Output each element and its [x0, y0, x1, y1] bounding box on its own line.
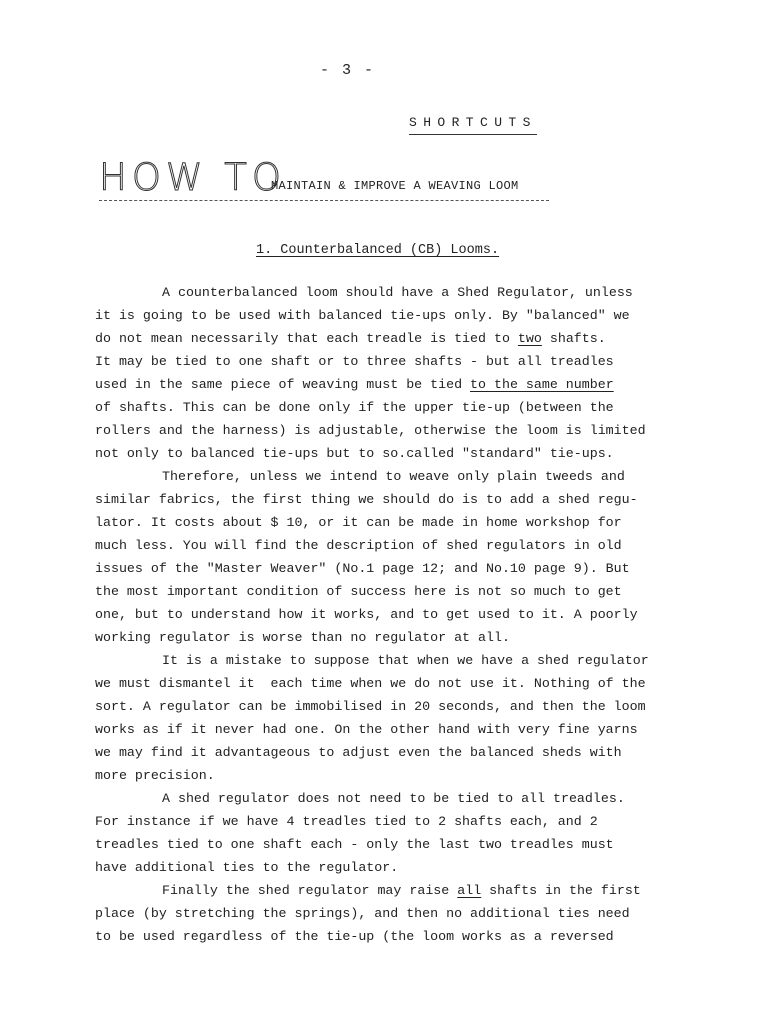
text-line: much less. You will find the description… [95, 534, 695, 557]
text-segment: A counterbalanced loom should have a She… [162, 285, 633, 300]
text-segment: the most important condition of success … [95, 584, 622, 599]
text-line: we must dismantel it each time when we d… [95, 672, 695, 695]
title-how-to: HOW TO [99, 158, 286, 198]
text-segment: to be used regardless of the tie-up (the… [95, 929, 614, 944]
text-segment: issues of the "Master Weaver" (No.1 page… [95, 561, 630, 576]
text-line: more precision. [95, 764, 695, 787]
text-segment: not only to balanced tie-ups but to so.c… [95, 446, 614, 461]
text-segment: of shafts. This can be done only if the … [95, 400, 614, 415]
text-segment: shafts. [542, 331, 606, 346]
text-line: lator. It costs about $ 10, or it can be… [95, 511, 695, 534]
page-number: - 3 - [320, 62, 375, 79]
text-segment: have additional ties to the regulator. [95, 860, 398, 875]
text-segment: lator. It costs about $ 10, or it can be… [95, 515, 622, 530]
text-line: It may be tied to one shaft or to three … [95, 350, 695, 373]
title-subtitle: MAINTAIN & IMPROVE A WEAVING LOOM [271, 179, 519, 193]
text-segment: It may be tied to one shaft or to three … [95, 354, 614, 369]
text-segment: treadles tied to one shaft each - only t… [95, 837, 614, 852]
text-segment: rollers and the harness) is adjustable, … [95, 423, 646, 438]
text-line: It is a mistake to suppose that when we … [95, 649, 695, 672]
underlined-text: two [518, 331, 542, 346]
text-line: works as if it never had one. On the oth… [95, 718, 695, 741]
text-line: to be used regardless of the tie-up (the… [95, 925, 695, 948]
text-line: treadles tied to one shaft each - only t… [95, 833, 695, 856]
text-line: working regulator is worse than no regul… [95, 626, 695, 649]
text-line: rollers and the harness) is adjustable, … [95, 419, 695, 442]
text-line: not only to balanced tie-ups but to so.c… [95, 442, 695, 465]
text-segment: sort. A regulator can be immobilised in … [95, 699, 646, 714]
text-line: place (by stretching the springs), and t… [95, 902, 695, 925]
text-segment: shafts in the first [481, 883, 641, 898]
text-line: A shed regulator does not need to be tie… [95, 787, 695, 810]
text-segment: similar fabrics, the first thing we shou… [95, 492, 638, 507]
text-segment: working regulator is worse than no regul… [95, 630, 510, 645]
text-segment: Therefore, unless we intend to weave onl… [162, 469, 625, 484]
text-line: we may find it advantageous to adjust ev… [95, 741, 695, 764]
text-line: Therefore, unless we intend to weave onl… [95, 465, 695, 488]
text-line: sort. A regulator can be immobilised in … [95, 695, 695, 718]
text-segment: we may find it advantageous to adjust ev… [95, 745, 622, 760]
text-segment: one, but to understand how it works, and… [95, 607, 638, 622]
text-line: similar fabrics, the first thing we shou… [95, 488, 695, 511]
text-line: have additional ties to the regulator. [95, 856, 695, 879]
text-segment: A shed regulator does not need to be tie… [162, 791, 625, 806]
text-segment: place (by stretching the springs), and t… [95, 906, 630, 921]
underlined-text: to the same number [470, 377, 614, 392]
text-line: For instance if we have 4 treadles tied … [95, 810, 695, 833]
text-segment: more precision. [95, 768, 215, 783]
section-heading: 1. Counterbalanced (CB) Looms. [256, 243, 499, 258]
body-text: A counterbalanced loom should have a She… [95, 281, 695, 948]
text-line: it is going to be used with balanced tie… [95, 304, 695, 327]
section-label-shortcuts: SHORTCUTS [409, 115, 537, 135]
text-line: of shafts. This can be done only if the … [95, 396, 695, 419]
title-banner: HOW TO MAINTAIN & IMPROVE A WEAVING LOOM [99, 162, 549, 201]
text-line: do not mean necessarily that each treadl… [95, 327, 695, 350]
text-segment: It is a mistake to suppose that when we … [162, 653, 649, 668]
text-segment: used in the same piece of weaving must b… [95, 377, 470, 392]
text-line: Finally the shed regulator may raise all… [95, 879, 695, 902]
text-line: issues of the "Master Weaver" (No.1 page… [95, 557, 695, 580]
text-segment: it is going to be used with balanced tie… [95, 308, 630, 323]
text-segment: Finally the shed regulator may raise [162, 883, 457, 898]
text-segment: For instance if we have 4 treadles tied … [95, 814, 598, 829]
text-segment: much less. You will find the description… [95, 538, 622, 553]
text-segment: do not mean necessarily that each treadl… [95, 331, 518, 346]
text-line: one, but to understand how it works, and… [95, 603, 695, 626]
text-segment: we must dismantel it each time when we d… [95, 676, 646, 691]
underlined-text: all [457, 883, 481, 898]
text-line: the most important condition of success … [95, 580, 695, 603]
text-line: used in the same piece of weaving must b… [95, 373, 695, 396]
text-segment: works as if it never had one. On the oth… [95, 722, 638, 737]
text-line: A counterbalanced loom should have a She… [95, 281, 695, 304]
